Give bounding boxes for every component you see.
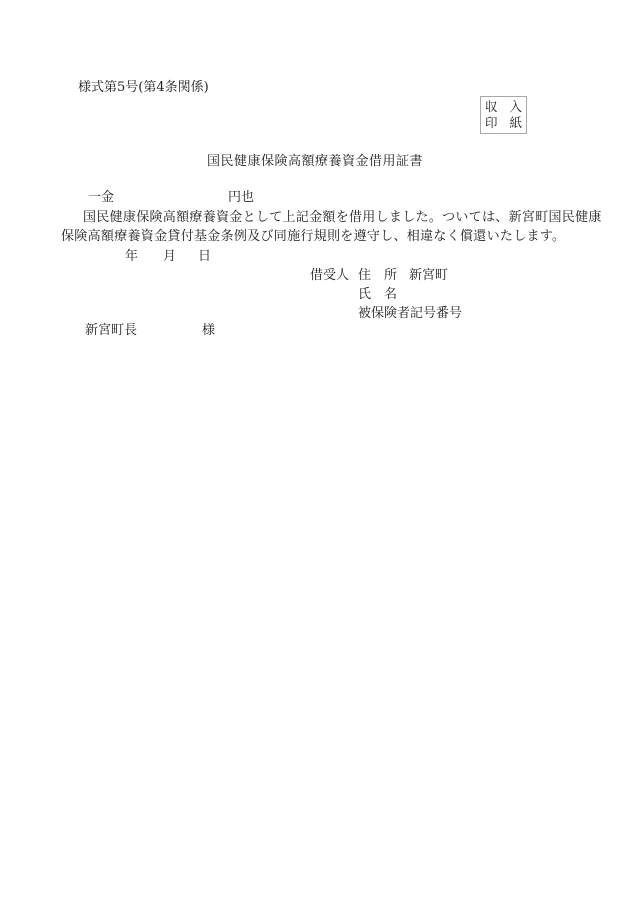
amount-prefix-label: 一金 bbox=[88, 191, 114, 205]
body-text-line: 保険高額療養資金貸付基金条例及び同施行規則を遵守し、相違なく償還いたします。 bbox=[61, 230, 565, 244]
stamp-char: 入 bbox=[509, 100, 522, 114]
document-title: 国民健康保険高額療養資金借用証書 bbox=[0, 155, 630, 169]
revenue-stamp-box: 収 入 印 紙 bbox=[480, 96, 527, 134]
form-number: 様式第5号(第4条関係) bbox=[78, 81, 209, 95]
borrower-insured-number-label: 被保険者記号番号 bbox=[358, 307, 462, 321]
stamp-box-row-1: 収 入 bbox=[485, 100, 522, 114]
stamp-box-row-2: 印 紙 bbox=[485, 116, 522, 130]
date-day-label: 日 bbox=[198, 250, 211, 264]
amount-suffix-label: 円也 bbox=[228, 191, 254, 205]
addressee-honorific: 様 bbox=[202, 324, 215, 338]
stamp-char: 紙 bbox=[509, 116, 522, 130]
date-month-label: 月 bbox=[163, 250, 176, 264]
body-text-line: 国民健康保険高額療養資金として上記金額を借用しました。ついては、新宮町国民健康 bbox=[83, 211, 602, 225]
stamp-char: 収 bbox=[485, 100, 498, 114]
amount-value-blank bbox=[115, 191, 225, 205]
borrower-address-label: 住 所 bbox=[358, 269, 397, 283]
document-page: 様式第5号(第4条関係) 収 入 印 紙 国民健康保険高額療養資金借用証書 一金… bbox=[0, 0, 630, 903]
borrower-name-label: 氏 名 bbox=[358, 288, 397, 302]
stamp-char: 印 bbox=[485, 116, 498, 130]
addressee-title: 新宮町長 bbox=[85, 324, 137, 338]
borrower-role-label: 借受人 bbox=[310, 269, 349, 283]
date-year-label: 年 bbox=[125, 250, 138, 264]
borrower-address-value: 新宮町 bbox=[409, 269, 448, 283]
